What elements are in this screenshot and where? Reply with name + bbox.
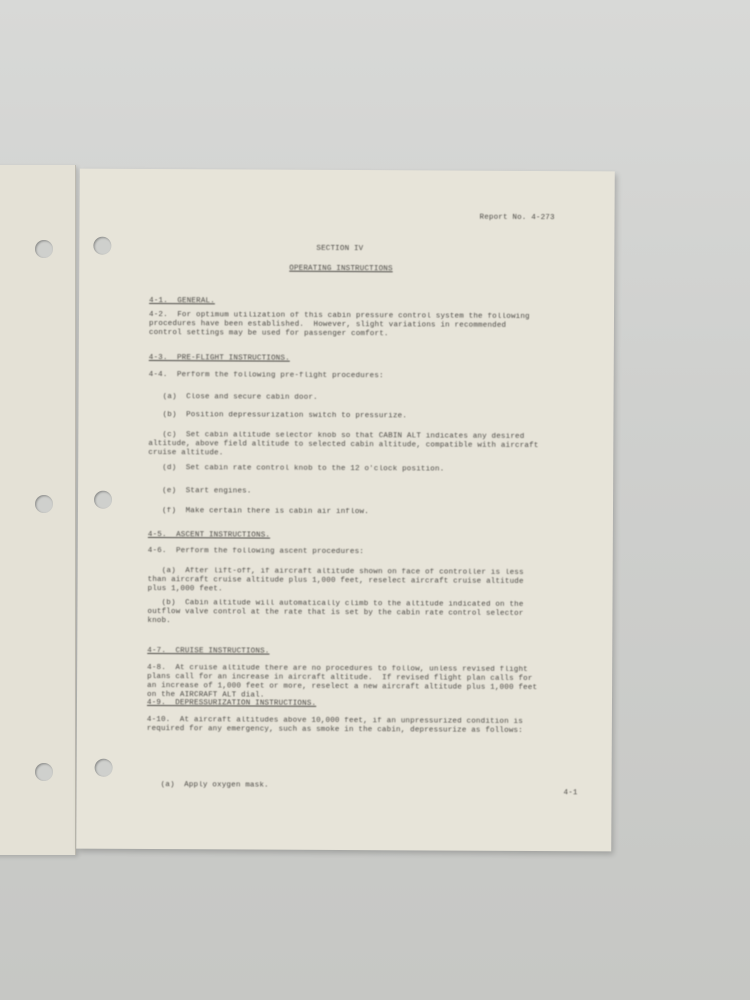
section-heading: 4-3. PRE-FLIGHT INSTRUCTIONS. <box>149 354 290 364</box>
paragraph: (e) Start engines. <box>148 487 251 497</box>
punch-hole <box>95 759 113 777</box>
punch-hole <box>35 763 53 781</box>
paragraph: 4-6. Perform the following ascent proced… <box>148 547 364 557</box>
paragraph: (d) Set cabin rate control knob to the 1… <box>148 464 444 475</box>
facing-page <box>0 165 76 855</box>
paragraph: (a) Close and secure cabin door. <box>149 393 318 403</box>
punch-hole <box>35 495 53 513</box>
page-title: OPERATING INSTRUCTIONS <box>289 265 392 275</box>
paragraph: 4-2. For optimum utilization of this cab… <box>149 311 530 340</box>
paragraph: (a) After lift-off, if aircraft altitude… <box>148 567 524 596</box>
document-page: Report No. 4-273 SECTION IV OPERATING IN… <box>76 169 615 852</box>
paragraph: (f) Make certain there is cabin air infl… <box>148 507 369 517</box>
paragraph: (b) Position depressurization switch to … <box>148 411 407 421</box>
paragraph: (c) Set cabin altitude selector knob so … <box>148 431 538 460</box>
section-heading: 4-9. DEPRESSURIZATION INSTRUCTIONS. <box>147 699 316 709</box>
section-heading: 4-7. CRUISE INSTRUCTIONS. <box>147 647 269 657</box>
section-label: SECTION IV <box>316 245 363 254</box>
section-heading: 4-5. ASCENT INSTRUCTIONS. <box>148 531 270 541</box>
punch-hole <box>94 491 112 509</box>
punch-hole <box>35 240 53 258</box>
paragraph: 4-8. At cruise altitude there are no pro… <box>147 664 537 702</box>
document-body: 4-1. GENERAL.4-2. For optimum utilizatio… <box>80 169 615 172</box>
report-number: Report No. 4-273 <box>480 214 555 223</box>
section-heading: 4-1. GENERAL. <box>149 297 215 306</box>
paragraph: (b) Cabin altitude will automatically cl… <box>147 599 523 628</box>
paragraph: 4-10. At aircraft altitudes above 10,000… <box>147 716 523 736</box>
page-number: 4-1 <box>563 789 577 798</box>
punch-hole <box>93 237 111 255</box>
paragraph: 4-4. Perform the following pre-flight pr… <box>149 371 384 381</box>
paragraph: (a) Apply oxygen mask. <box>147 781 269 791</box>
